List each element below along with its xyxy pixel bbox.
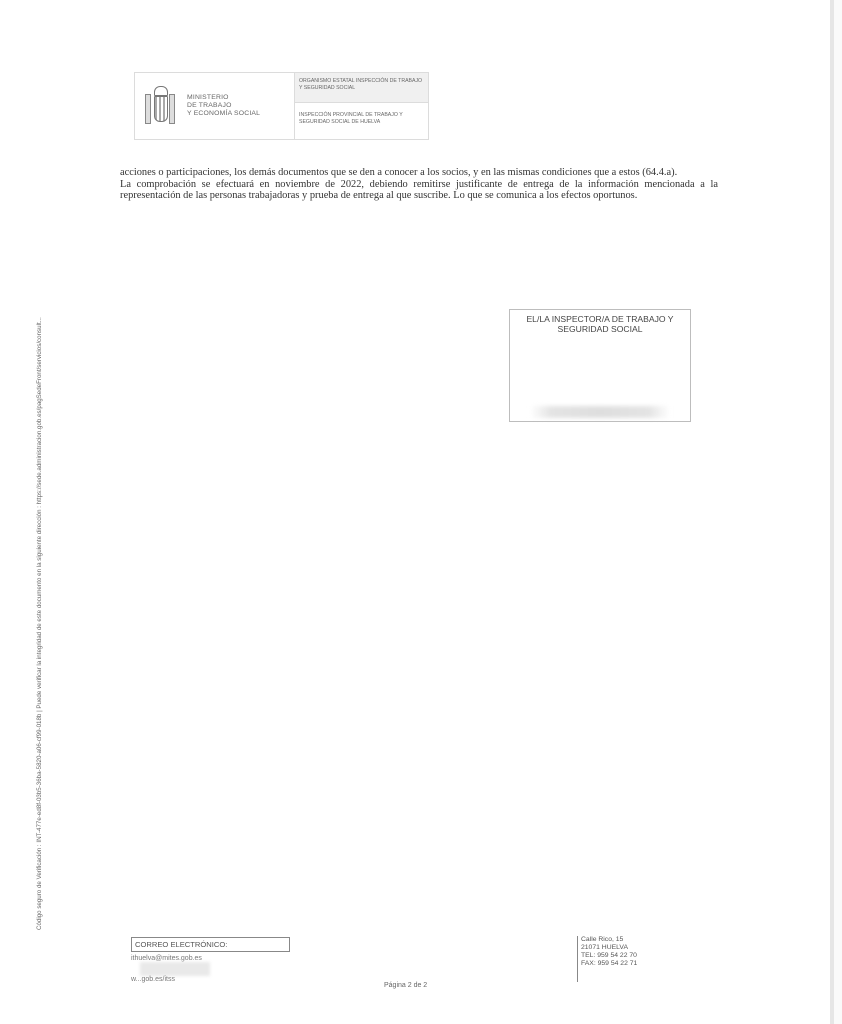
email-label-box: CORREO ELECTRÓNICO: — [131, 937, 290, 952]
ministry-line-3: Y ECONOMÍA SOCIAL — [187, 110, 260, 118]
organism-name: ORGANISMO ESTATAL INSPECCIÓN DE TRABAJO … — [295, 73, 428, 103]
ministry-name: MINISTERIO DE TRABAJO Y ECONOMÍA SOCIAL — [187, 94, 260, 117]
website-address: w...gob.es/itss — [131, 976, 175, 983]
address-street: Calle Rico, 15 — [581, 936, 637, 944]
letterhead: MINISTERIO DE TRABAJO Y ECONOMÍA SOCIAL … — [134, 72, 429, 140]
address-phone: TEL: 959 54 22 70 — [581, 952, 637, 960]
page-number: Página 2 de 2 — [384, 982, 427, 989]
signature-box: EL/LA INSPECTOR/A DE TRABAJO Y SEGURIDAD… — [509, 309, 691, 422]
signature-title: EL/LA INSPECTOR/A DE TRABAJO Y SEGURIDAD… — [510, 315, 690, 334]
ministry-line-1: MINISTERIO — [187, 94, 260, 102]
email-address: ithuelva@mites.gob.es — [131, 955, 202, 962]
redacted-block — [140, 962, 210, 976]
provincial-office-name: INSPECCIÓN PROVINCIAL DE TRABAJO Y SEGUR… — [295, 103, 428, 139]
document-body: acciones o participaciones, los demás do… — [120, 167, 718, 202]
body-paragraph: La comprobación se efectuará en noviembr… — [120, 179, 718, 202]
body-paragraph: acciones o participaciones, los demás do… — [120, 167, 718, 179]
address-city: 21071 HUELVA — [581, 944, 637, 952]
spain-coat-of-arms-icon — [145, 86, 175, 126]
page-edge-background — [834, 0, 842, 1024]
organism-block: ORGANISMO ESTATAL INSPECCIÓN DE TRABAJO … — [295, 73, 428, 139]
verification-code-stamp: Código seguro de Verificación : INT-477e… — [36, 70, 43, 930]
office-address: Calle Rico, 15 21071 HUELVA TEL: 959 54 … — [577, 936, 637, 982]
redacted-signature-name — [530, 406, 670, 418]
ministry-line-2: DE TRABAJO — [187, 102, 260, 110]
address-fax: FAX: 959 54 22 71 — [581, 960, 637, 968]
ministry-block: MINISTERIO DE TRABAJO Y ECONOMÍA SOCIAL — [135, 73, 295, 139]
